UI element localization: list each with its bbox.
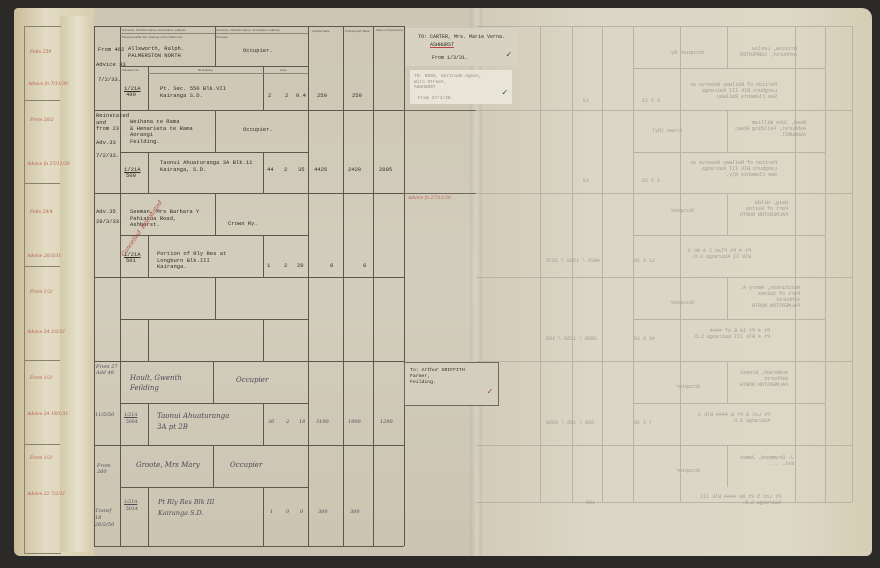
check-mark-icon: ✓: [506, 50, 511, 60]
transfer-slip: TO: ROSS, Gertrude Agnes, Wiro Street, A…: [410, 70, 512, 104]
owner-name: Hoult, Gwenth Feilding: [130, 373, 182, 393]
faded-owner: Anderson, Ernest Ashhurst PALMERSTON NOR…: [740, 370, 788, 388]
owner-name: Groote, Mrs Mary: [136, 461, 200, 469]
capital-value: 4425: [314, 166, 327, 173]
margin-note: Folio 24/4: [30, 210, 53, 215]
capital-value: 300: [318, 509, 328, 515]
red-transfer-note: Advice fo 27/11/30: [408, 196, 451, 201]
capital-value: 8: [330, 262, 333, 269]
margin-note: From 1/3/: [30, 376, 52, 381]
margin-note: Advice 24 2/2/31: [27, 330, 65, 335]
faded-area: 7 2 30: [634, 420, 652, 426]
entry-ref: From 462: [98, 47, 124, 54]
slip-text: TO: CARTER, Mrs. Marie Verna.: [418, 34, 505, 41]
faded-occupier: Occupier: [676, 384, 700, 390]
improvements-value: 1290: [380, 419, 393, 425]
transfer-slip: To: Arthur GRIFFITH Farmer, Feilding. ✓: [404, 362, 499, 406]
transfer-slip: TO: CARTER, Mrs. Marie Verna. ASHHURST F…: [406, 28, 518, 66]
capital-value: 250: [317, 92, 327, 99]
occupier: Occupier: [230, 461, 262, 469]
entry-ref: From 260: [97, 463, 111, 475]
entry-ref: Adv.35: [96, 209, 116, 216]
area-acres: 2: [268, 92, 271, 99]
margin-note: From 26/2: [30, 118, 54, 123]
header-improvements: Value of Improvements: [376, 28, 403, 32]
faded-occupier: Occupier Ry.: [668, 50, 704, 56]
entry-ref: From 27 Add 48: [96, 364, 118, 376]
faded-area: 42 0 10: [634, 336, 655, 342]
header-owner-sub: Principal within the meaning of the Nati…: [122, 35, 212, 39]
area-acres: 36: [268, 419, 274, 425]
faded-value: 2850 / 1250 / 160: [546, 336, 597, 342]
land-description: Pt Rly Res Blk III Kairanga S.D.: [158, 497, 214, 519]
occupier: Occupier: [236, 376, 268, 384]
unimproved-value: 250: [352, 92, 362, 99]
area-roods: 2: [284, 262, 287, 269]
land-description: Portion of Rly Res at Longburn Blk.III K…: [157, 251, 226, 271]
area-acres: 1: [270, 509, 273, 515]
valuation-sub: 500A: [126, 420, 138, 425]
header-occupier: Surname, Christian Name, Occupation, Add…: [216, 28, 306, 32]
entry-ref: Reinstated and from 23: [96, 113, 129, 133]
margin-note: Advice fo 27/11/30: [27, 162, 70, 167]
margin-note: Advice 22 7/2/31: [27, 492, 65, 497]
valuation-sub: 501A: [126, 507, 138, 512]
faded-owner: Reed, John William Ashhurst, Feilding Ro…: [734, 120, 806, 138]
entry-date: 11/5/50: [95, 412, 114, 418]
header-valuation-no: Valuation No.: [122, 68, 147, 72]
faded-value: 4925 / 1550 / 3375: [546, 258, 600, 264]
occupier: Crown Ry.: [228, 221, 258, 228]
margin-note: Advice 26/3/31: [27, 254, 61, 259]
header-unimproved-value: Unimproved Value: [345, 29, 373, 33]
margin-note: Folio 259: [30, 50, 51, 55]
area-perches: 18: [299, 419, 305, 425]
entry-date: 7/2/33.: [96, 153, 119, 160]
faded-value: 650 / 165 / 1050: [546, 420, 594, 426]
area-roods: 0: [286, 509, 289, 515]
faded-owner: Bristow, Leslie Ashhurst, CARPENTER: [740, 46, 797, 58]
margin-note: From 1/3/: [30, 290, 52, 295]
header-occupier-sub: Occupier: [216, 35, 256, 39]
slip-from-date: From 1/3/31.: [432, 55, 468, 62]
area-roods: 2: [285, 92, 288, 99]
unimproved-value: 1900: [348, 419, 361, 425]
land-description: Taonui Ahuaturanga 3A Blk.11 Kairanga, S…: [160, 160, 252, 173]
faded-owner: Haig, Hilda Part of Kaitoa PALMERSTON NO…: [740, 200, 788, 218]
entry-date: 7/2/33.: [98, 77, 121, 84]
faded-value: 100: [586, 500, 595, 506]
owner-name: Weihana te Rama & Henarieta te Rama Aora…: [130, 119, 193, 145]
faded-value: 13: [583, 98, 589, 104]
faded-area: 0 2 13: [642, 98, 660, 104]
improvements-value: 2005: [379, 166, 392, 173]
area-perches: 0: [300, 509, 303, 515]
header-description: Description: [198, 68, 238, 72]
header-area: Area: [280, 68, 300, 72]
occupier: Occupier.: [243, 127, 273, 134]
faded-occupier: Occupier: [676, 468, 700, 474]
owner-name: Allsworth, Ralph. PALMERSTON NORTH: [128, 46, 184, 59]
entry-date: 28/3/33.: [96, 219, 122, 226]
faded-area: 1 2 25: [642, 178, 660, 184]
faded-occupier: Occupier: [670, 208, 694, 214]
faded-description: Pt 4 Pt Plan 2 A No 3 Blk II Kairanga S.…: [688, 248, 751, 260]
margin-note: Advice fo 7/11/30: [28, 82, 68, 87]
faded-occupier: Occupier: [670, 300, 694, 306]
entry-date: Transf 18 26/2/50: [95, 508, 114, 529]
faded-description: Pt 4 Pt 10 B of 4444 Pt 4 Blk III Kairan…: [692, 328, 770, 340]
area-perches: 0.4: [296, 92, 306, 99]
entry-advice: Advice 33: [96, 62, 126, 69]
right-page: [476, 8, 872, 556]
slip-text: To: Arthur GRIFFITH Farmer, Feilding.: [410, 368, 465, 386]
valuation-sub: 501: [126, 258, 136, 265]
area-perches: 20: [297, 262, 304, 269]
faded-occupier: Crown (Ry): [652, 128, 682, 134]
land-description: Pt. Sec. 550 Blk.VII Kairanga S.D.: [160, 86, 226, 99]
area-perches: 35: [298, 166, 305, 173]
faded-description: Pt Lot 5 Pt No 4444 Blk III Kairanga S.D…: [700, 494, 781, 506]
slip-text: TO: ROSS, Gertrude Agnes, Wiro Street, A…: [414, 74, 482, 91]
area-acres: 1: [267, 262, 270, 269]
entry-advice: Adv.33: [96, 140, 116, 147]
faded-owner: Hutchinson, Henry A. Part of Saines Ashh…: [740, 285, 800, 309]
occupier: Occupier.: [243, 48, 273, 55]
valuation-no: 1/21A: [124, 500, 137, 505]
slip-subtext: ASHHURST: [430, 42, 454, 49]
valuation-no: 1/21A: [124, 413, 137, 418]
land-description: Taonui Ahuaturanga 3A pt 2B: [157, 411, 229, 433]
unimproved-value: 8: [363, 262, 366, 269]
check-mark-icon: ✓: [502, 88, 507, 98]
area-roods: 2: [284, 166, 287, 173]
header-owner: Surname, Christian Name, Occupation, Add…: [122, 28, 212, 32]
area-roods: 2: [286, 419, 289, 425]
valuation-sub: 499: [126, 92, 136, 99]
capital-value: 3190: [316, 419, 329, 425]
margin-note: Advice 24 19/1/31: [27, 412, 68, 417]
unimproved-value: 2420: [348, 166, 361, 173]
faded-description: Portion of Railway Reserve at Longburn B…: [690, 160, 777, 178]
header-capital-value: Capital Value: [312, 29, 342, 33]
book-edge-inner: [60, 16, 96, 552]
faded-description: Portion of Railway Reserve at Longburn B…: [690, 82, 777, 100]
check-mark-icon: ✓: [487, 387, 492, 397]
margin-note: From 1/3/: [30, 456, 52, 461]
faded-area: 12 1 20: [634, 258, 655, 264]
area-acres: 44: [267, 166, 274, 173]
faded-value: 13: [583, 178, 589, 184]
unimproved-value: 300: [350, 509, 360, 515]
slip-from-date: From 27/1/30.: [418, 96, 453, 103]
valuation-sub: 500: [126, 173, 136, 180]
faded-description: Pt Lot 6 Pt B 4444 Blk 3 Kairanga S.D.: [698, 412, 770, 424]
faded-owner: J. Drummond, James Est. ...: [740, 455, 794, 467]
